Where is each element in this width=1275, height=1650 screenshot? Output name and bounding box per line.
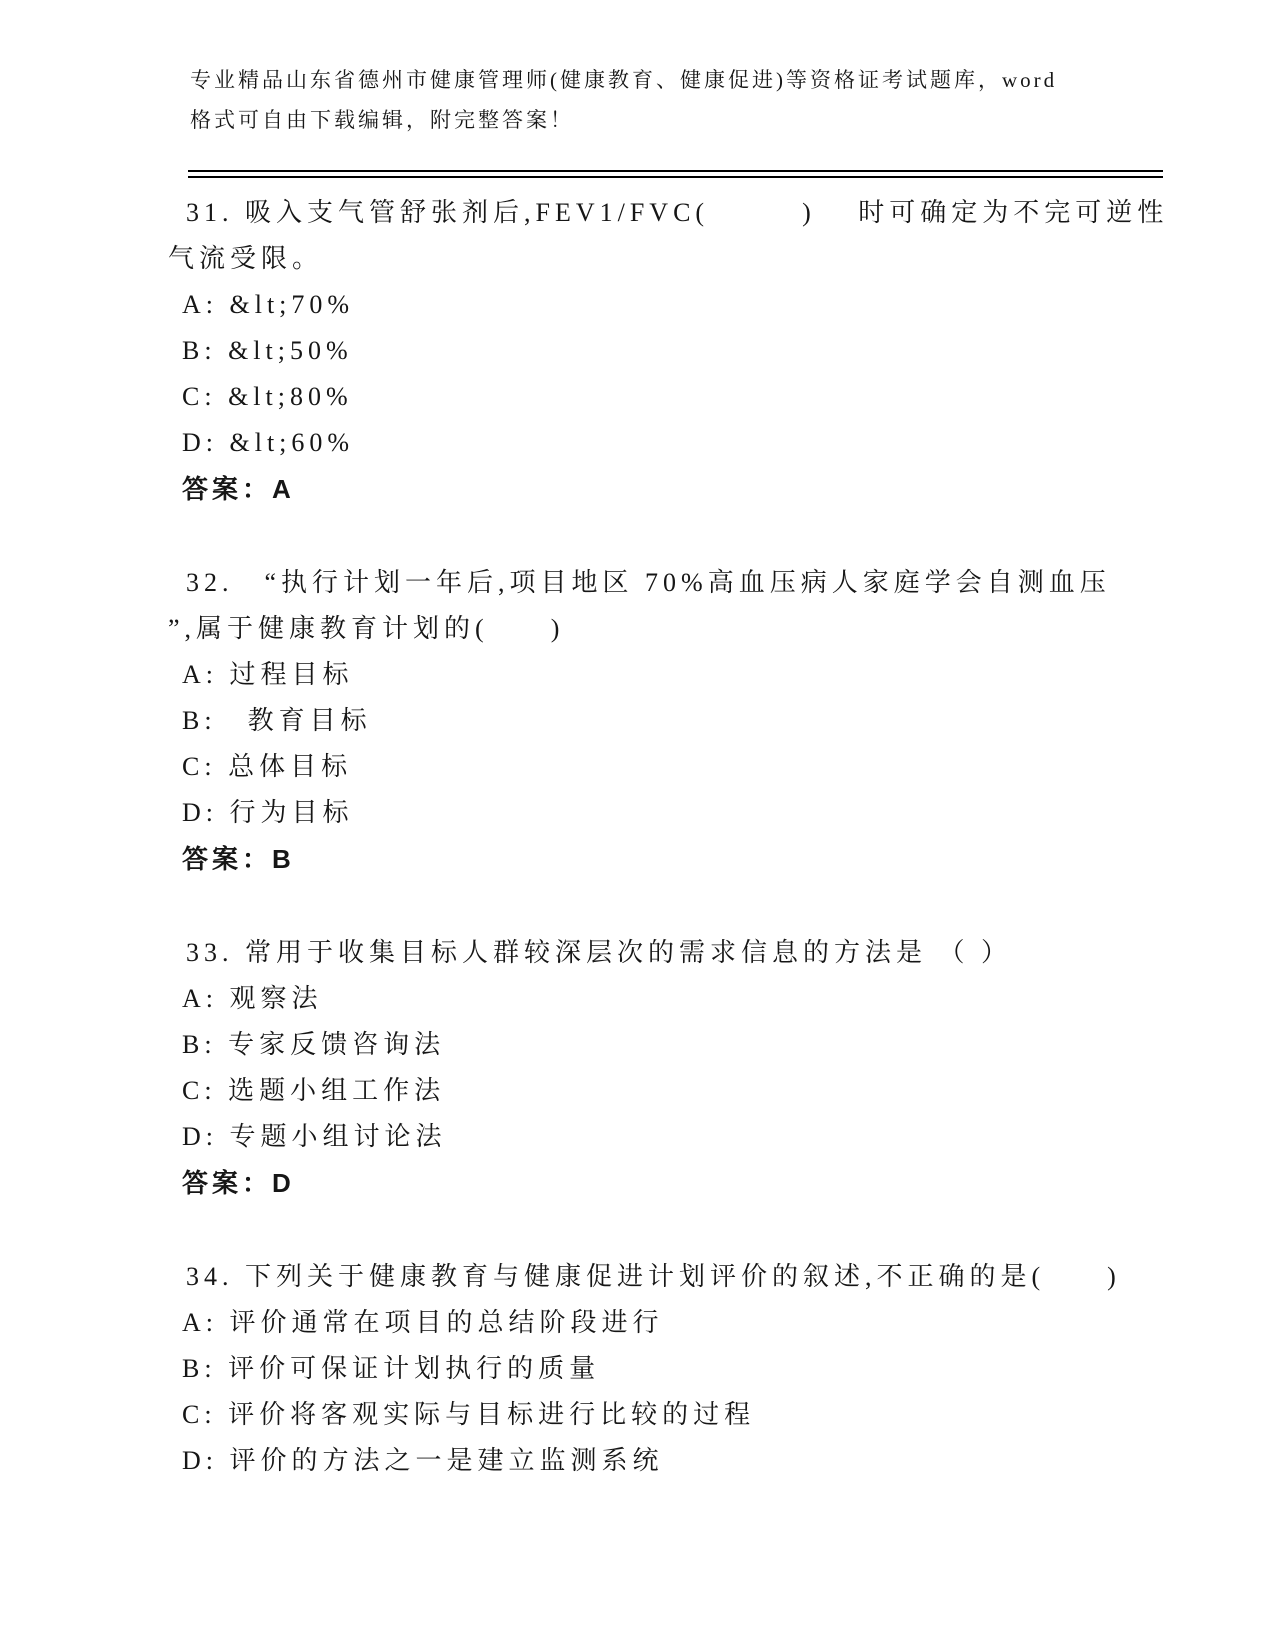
answer-line: 答案：D — [168, 1160, 1208, 1206]
document-page: 专业精品山东省德州市健康管理师(健康教育、健康促进)等资格证考试题库，word … — [0, 0, 1275, 1650]
question-text-line: ”,属于健康教育计划的( ) — [168, 606, 1208, 652]
header-line: 专业精品山东省德州市健康管理师(健康教育、健康促进)等资格证考试题库，word — [190, 60, 1208, 100]
question-text-line: 31. 吸入支气管舒张剂后,FEV1/FVC( ) 时可确定为不完可逆性 — [168, 190, 1208, 236]
question-34: 34. 下列关于健康教育与健康促进计划评价的叙述,不正确的是( ) A: 评价通… — [168, 1254, 1208, 1484]
option-d: D: 行为目标 — [168, 790, 1208, 836]
option-b: B: &lt;50% — [168, 328, 1208, 374]
option-c: C: &lt;80% — [168, 374, 1208, 420]
option-b: B: 专家反馈咨询法 — [168, 1022, 1208, 1068]
option-a: A: 评价通常在项目的总结阶段进行 — [168, 1300, 1208, 1346]
header-line: 格式可自由下载编辑，附完整答案！ — [190, 100, 1208, 140]
question-text-line: 33. 常用于收集目标人群较深层次的需求信息的方法是 （ ） — [168, 930, 1208, 976]
question-33: 33. 常用于收集目标人群较深层次的需求信息的方法是 （ ） A: 观察法 B:… — [168, 930, 1208, 1206]
answer-line: 答案：B — [168, 836, 1208, 882]
question-text-line: 32. “执行计划一年后,项目地区 70%高血压病人家庭学会自测血压 — [168, 560, 1208, 606]
option-c: C: 选题小组工作法 — [168, 1068, 1208, 1114]
answer-line: 答案：A — [168, 466, 1208, 512]
page-header: 专业精品山东省德州市健康管理师(健康教育、健康促进)等资格证考试题库，word … — [190, 60, 1208, 140]
option-c: C: 总体目标 — [168, 744, 1208, 790]
option-a: A: 过程目标 — [168, 652, 1208, 698]
option-b: B: 评价可保证计划执行的质量 — [168, 1346, 1208, 1392]
question-text-line: 34. 下列关于健康教育与健康促进计划评价的叙述,不正确的是( ) — [168, 1254, 1208, 1300]
document-content: 专业精品山东省德州市健康管理师(健康教育、健康促进)等资格证考试题库，word … — [168, 60, 1208, 1484]
question-text-line: 气流受限。 — [168, 236, 1208, 282]
option-d: D: 专题小组讨论法 — [168, 1114, 1208, 1160]
option-b: B: 教育目标 — [168, 698, 1208, 744]
option-d: D: 评价的方法之一是建立监测系统 — [168, 1438, 1208, 1484]
question-32: 32. “执行计划一年后,项目地区 70%高血压病人家庭学会自测血压 ”,属于健… — [168, 560, 1208, 882]
option-a: A: &lt;70% — [168, 282, 1208, 328]
option-a: A: 观察法 — [168, 976, 1208, 1022]
header-separator-double-rule — [188, 170, 1163, 178]
option-d: D: &lt;60% — [168, 420, 1208, 466]
option-c: C: 评价将客观实际与目标进行比较的过程 — [168, 1392, 1208, 1438]
question-31: 31. 吸入支气管舒张剂后,FEV1/FVC( ) 时可确定为不完可逆性 气流受… — [168, 190, 1208, 512]
